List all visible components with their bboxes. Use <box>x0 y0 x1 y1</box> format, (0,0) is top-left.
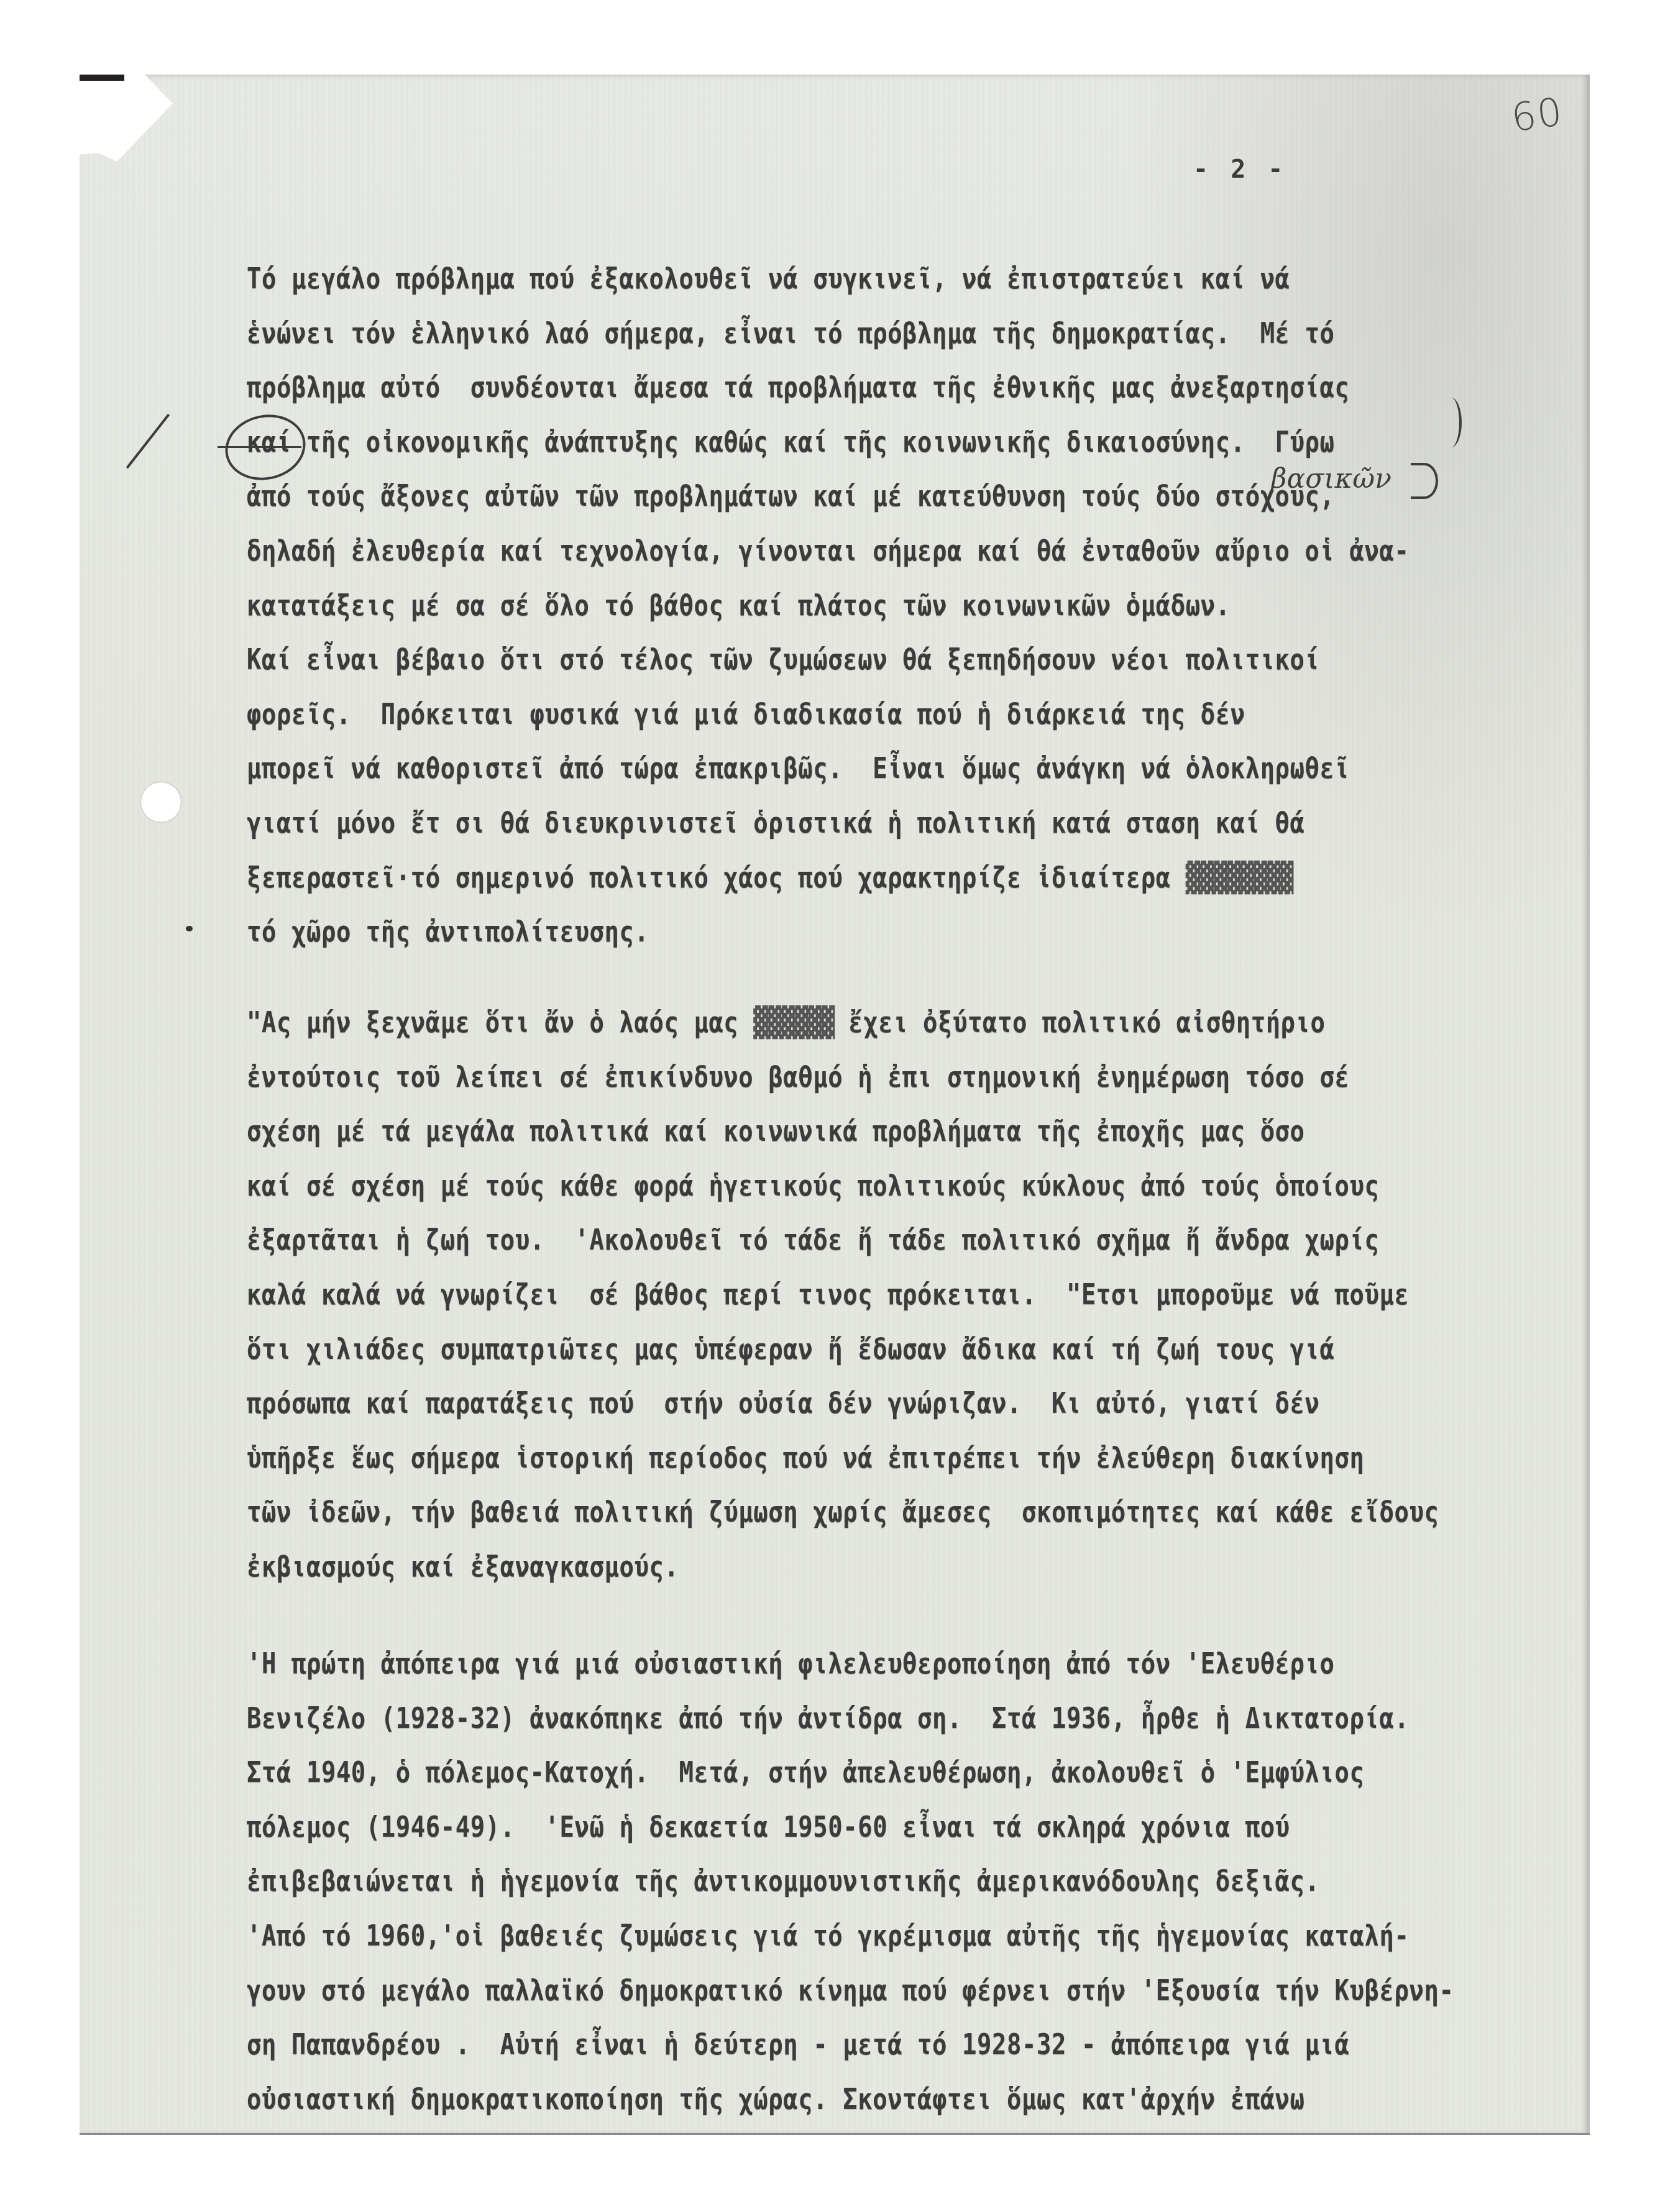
handwritten-annotation: βασικῶν <box>1271 463 1391 495</box>
text-line: Τό μεγάλο πρόβλημα πού ἐξακολουθεῖ νά συ… <box>247 262 1290 298</box>
text-line: γιατί μόνο ἔτ σι θά διευκρινιστεῖ ὁριστι… <box>247 806 1305 843</box>
text-line: 'Η πρώτη ἀπόπειρα γιά μιά οὐσιαστική φιλ… <box>247 1647 1335 1683</box>
text-line: Στά 1940, ὁ πόλεμος-Κατοχή. Μετά, στήν ἀ… <box>247 1755 1365 1792</box>
page-number: - 2 - <box>1193 155 1286 184</box>
text-line: κατατάξεις μέ σα σέ ὅλο τό βάθος καί πλά… <box>247 588 1231 624</box>
text-line: καί τῆς οἰκονομικῆς ἀνάπτυξης καθώς καί … <box>247 424 1335 461</box>
text-line: ὅτι χιλιάδες συμπατριῶτες μας ὑπέφεραν ἤ… <box>247 1332 1335 1368</box>
scan-edge-mark <box>80 75 124 81</box>
text-line: "Ας μήν ξεχνᾶμε ὅτι ἄν ὁ λαός μας ▓▓▓▓▓▓… <box>247 1005 1326 1042</box>
text-line: μπορεῖ νά καθοριστεῖ ἀπό τώρα ἐπακριβῶς.… <box>247 751 1350 788</box>
text-line: ἐντούτοις τοῦ λείπει σέ ἐπικίνδυνο βαθμό… <box>247 1059 1350 1096</box>
handwritten-parenthesis <box>1441 398 1462 447</box>
strike-through-mark <box>218 446 301 448</box>
text-line: Βενιζέλο (1928-32) ἀνακόπηκε ἀπό τήν ἀντ… <box>247 1701 1409 1737</box>
text-line: ὑπῆρξε ἕως σήμερα ἱστορική περίοδος πού … <box>247 1440 1365 1477</box>
text-line: γουν στό μεγάλο παλλαϊκό δημοκρατικό κίν… <box>247 1973 1454 2009</box>
text-line: Καί εἶναι βέβαιο ὅτι στό τέλος τῶν ζυμώσ… <box>247 642 1320 679</box>
text-line: 'Από τό 1960,'οἱ βαθειές ζυμώσεις γιά τό… <box>247 1919 1409 1955</box>
typed-over-word: ▓▓▓▓▓▓ <box>753 1005 833 1042</box>
text-line: πρόσωπα καί παρατάξεις πού στήν οὐσία δέ… <box>247 1386 1320 1423</box>
text-line: φορεῖς. Πρόκειται φυσικά γιά μιά διαδικα… <box>247 697 1245 733</box>
text-line: σχέση μέ τά μεγάλα πολιτικά καί κοινωνικ… <box>247 1114 1305 1151</box>
text-line: ση Παπανδρέου . Αὐτή εἶναι ἡ δεύτερη - μ… <box>247 2027 1350 2064</box>
text-line: καλά καλά νά γνωρίζει σέ βάθος περί τινο… <box>247 1277 1409 1314</box>
text-line: τῶν ἰδεῶν, τήν βαθειά πολιτική ζύμωση χω… <box>247 1495 1439 1532</box>
text-line: ἐκβιασμούς καί ἐξαναγκασμούς. <box>247 1550 679 1586</box>
handwritten-folio-number: 60 <box>1508 89 1566 141</box>
text-line: ξεπεραστεῖ·τό σημερινό πολιτικό χάος πού… <box>247 860 1293 897</box>
text-line: ἐξαρτᾶται ἡ ζωή του. 'Ακολουθεῖ τό τάδε … <box>247 1223 1379 1259</box>
text-line: ἐπιβεβαιώνεται ἡ ἡγεμονία τῆς ἀντικομμου… <box>247 1864 1320 1901</box>
text-line: τό χῶρο τῆς ἀντιπολίτευσης. <box>247 915 649 951</box>
text-line: πρόβλημα αὐτό συνδέονται ἄμεσα τά προβλή… <box>247 370 1350 407</box>
margin-dot <box>186 926 193 931</box>
handwritten-hook-mark <box>1411 463 1438 499</box>
text-line: ἑνώνει τόν ἑλληνικό λαό σήμερα, εἶναι τό… <box>247 316 1335 352</box>
text-line: πόλεμος (1946-49). 'Ενῶ ἡ δεκαετία 1950-… <box>247 1809 1290 1846</box>
hole-punch <box>141 782 181 822</box>
text-line: καί σέ σχέση μέ τούς κάθε φορά ἡγετικούς… <box>247 1168 1379 1205</box>
text-line: δηλαδή ἐλευθερία καί τεχνολογία, γίνοντα… <box>247 534 1409 570</box>
text-line: οὐσιαστική δημοκρατικοποίηση τῆς χώρας. … <box>247 2082 1305 2118</box>
typed-over-word: ▓▓▓▓▓▓▓▓ <box>1186 860 1293 897</box>
text-line: ἀπό τούς ἄξονες αὐτῶν τῶν προβλημάτων κα… <box>247 479 1335 516</box>
